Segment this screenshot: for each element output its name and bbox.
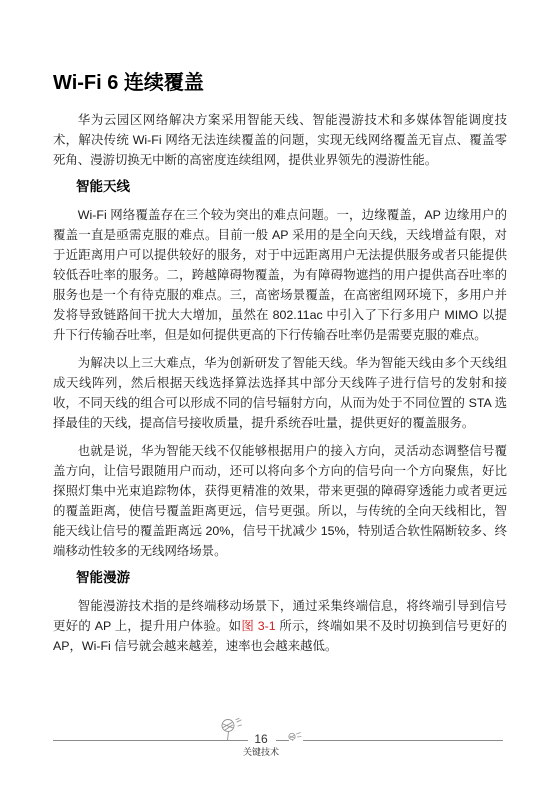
antenna-paragraph-2: 为解决以上三大难点，华为创新研发了智能天线。华为智能天线由多个天线组成天线阵列，… (53, 353, 507, 433)
document-content: Wi-Fi 6 连续覆盖 华为云园区网络解决方案采用智能天线、智能漫游技术和多媒… (53, 70, 507, 664)
intro-paragraph: 华为云园区网络解决方案采用智能天线、智能漫游技术和多媒体智能调度技术，解决传统 … (53, 110, 507, 170)
figure-3-1-link[interactable]: 图 3-1 (241, 619, 275, 633)
footer-rule-row: 16 (53, 726, 507, 747)
page-footer: 16 关键技术 (53, 726, 507, 766)
section-heading-smart-roaming: 智能漫游 (76, 569, 507, 587)
antenna-paragraph-3: 也就是说，华为智能天线不仅能够根据用户的接入方向，灵活动态调整信号覆盖方向，让信… (53, 441, 507, 561)
section-heading-smart-antenna: 智能天线 (76, 178, 507, 196)
footer-rule-right (303, 740, 503, 741)
roaming-paragraph: 智能漫游技术指的是终端移动场景下，通过采集终端信息，将终端引导到信号更好的 AP… (53, 596, 507, 656)
antenna-paragraph-1: Wi-Fi 网络覆盖存在三个较为突出的难点问题。一，边缘覆盖，AP 边缘用户的覆… (53, 205, 507, 345)
page-title: Wi-Fi 6 连续覆盖 (53, 70, 507, 96)
footer-section-label: 关键技术 (201, 746, 321, 758)
page-number: 16 (246, 733, 276, 746)
document-page: Wi-Fi 6 连续覆盖 华为云园区网络解决方案采用智能天线、智能漫游技术和多媒… (0, 0, 559, 793)
flower-doodle-icon (218, 718, 248, 741)
